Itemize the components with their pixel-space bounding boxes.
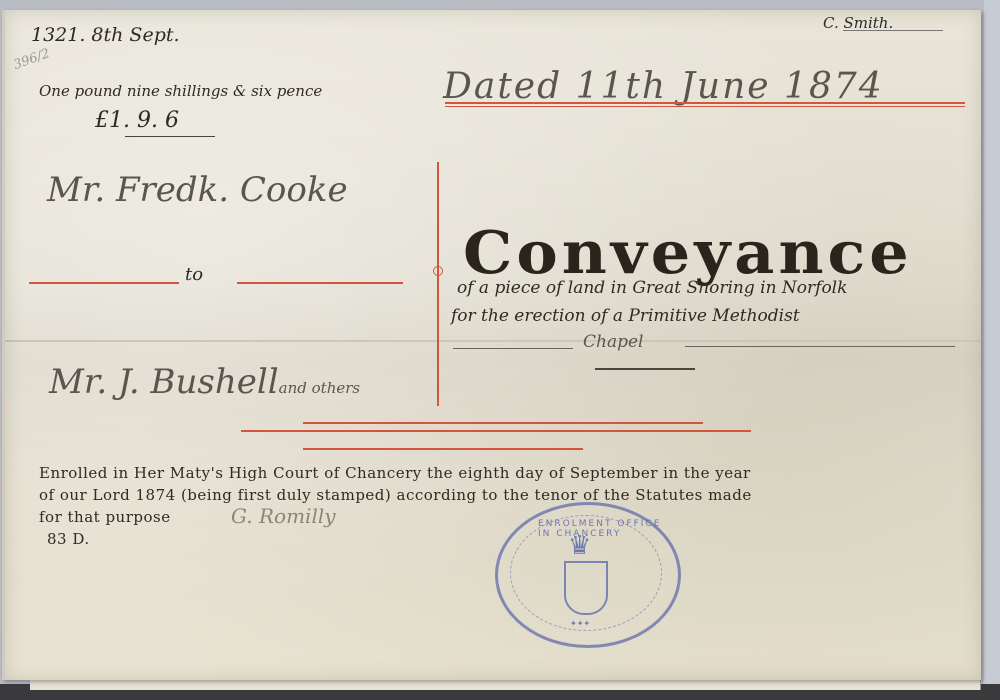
reference-number: 1321. 8th Sept. — [31, 24, 180, 46]
enrolment-line-3: for that purpose — [39, 508, 171, 526]
party-from: Mr. Fredk. Cooke — [47, 170, 348, 210]
fold-crease — [5, 340, 981, 342]
connector-to: to — [185, 264, 203, 285]
to-red-rule-right — [237, 282, 403, 284]
dated-red-rule — [445, 102, 965, 104]
dated-line: Dated 11th June 1874 — [443, 66, 884, 107]
crown-icon: ♛ — [568, 531, 591, 561]
red-rule-lower — [303, 448, 583, 450]
fee-in-words: One pound nine shillings & six pence — [39, 82, 322, 100]
dated-red-rule-2 — [445, 106, 965, 107]
shield-icon — [564, 561, 608, 615]
red-rule-upper — [303, 422, 703, 424]
chancery-stamp: ENROLMENT OFFICE IN CHANCERY ♛ ✦✦✦ — [495, 502, 681, 648]
party-to-suffix: and others — [279, 379, 360, 397]
pencil-note: 396/2 — [12, 46, 52, 73]
stamp-bottom-mark: ✦✦✦ — [570, 619, 590, 628]
party-to-name: Mr. J. Bushell — [49, 362, 279, 402]
description-line-2: for the erection of a Primitive Methodis… — [451, 306, 800, 326]
chapel-rule-left — [453, 348, 573, 349]
enrolment-signature: G. Romilly — [231, 504, 336, 528]
clerk-underline — [843, 30, 943, 31]
red-rule-middle — [241, 430, 751, 432]
vertical-red-rule — [437, 162, 439, 406]
fee-amount: £1. 9. 6 — [95, 108, 179, 133]
chapel-underline — [595, 368, 695, 370]
enrolment-line-2: of our Lord 1874 (being first duly stamp… — [39, 486, 752, 504]
red-rule-knot — [433, 266, 443, 276]
enrolment-reference: 83 D. — [47, 530, 90, 548]
scan-background-right — [984, 0, 1000, 700]
to-red-rule-left — [29, 282, 179, 284]
deed-paper: 1321. 8th Sept. 396/2 One pound nine shi… — [2, 10, 981, 680]
enrolment-line-1: Enrolled in Her Maty's High Court of Cha… — [39, 464, 751, 482]
fee-underline — [125, 136, 215, 137]
party-to: Mr. J. Bushelland others — [49, 362, 360, 402]
document-title: Conveyance — [463, 218, 913, 287]
stamp-legend: ENROLMENT OFFICE IN CHANCERY — [538, 519, 678, 539]
chapel-rule-right — [685, 346, 955, 347]
description-line-1: of a piece of land in Great Snoring in N… — [457, 278, 847, 298]
description-line-3: Chapel — [583, 332, 643, 352]
